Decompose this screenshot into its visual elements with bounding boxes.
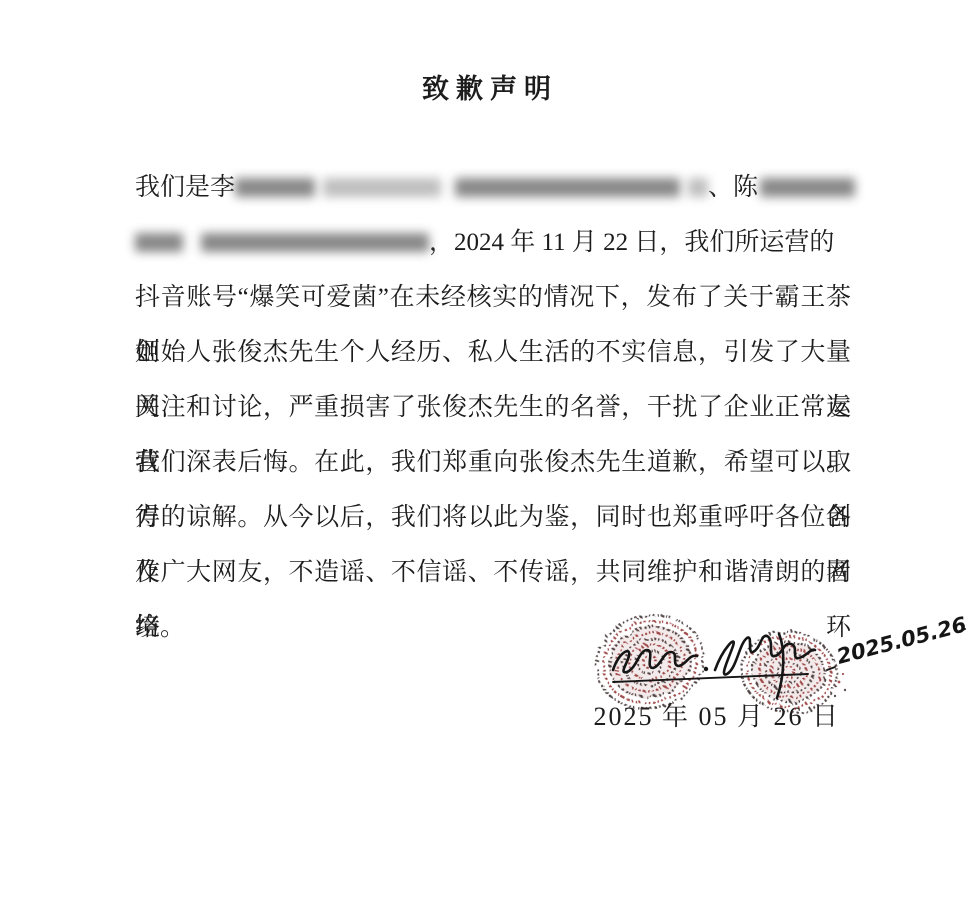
body-text: 、陈 bbox=[708, 174, 758, 201]
signature-dot bbox=[704, 667, 708, 671]
redacted-text bbox=[688, 178, 708, 197]
page-title: 致歉声明 bbox=[0, 0, 980, 107]
signature-area: 2025.05.26 bbox=[583, 604, 975, 720]
redacted-text bbox=[323, 178, 441, 197]
redacted-text bbox=[201, 233, 429, 252]
handwritten-date: 2025.05.26 bbox=[834, 612, 969, 669]
body-text: ，2024 年 11 月 22 日，我们所运营的 bbox=[429, 229, 834, 256]
body-text: 境。 bbox=[135, 614, 185, 641]
body-line: 我们深表后悔。在此，我们郑重向张俊杰先生道歉，希望可以取得各 bbox=[135, 435, 851, 490]
redacted-text bbox=[235, 178, 315, 197]
body-line: 创始人张俊杰先生个人经历、私人生活的不实信息，引发了大量网友 bbox=[135, 325, 851, 380]
body-line: 方的谅解。从今以后，我们将以此为鉴，同时也郑重呼吁各位创作者 bbox=[135, 490, 851, 545]
body-text: 我们是李 bbox=[135, 174, 235, 201]
body-line: ，2024 年 11 月 22 日，我们所运营的 bbox=[135, 215, 851, 270]
body-line: 抖音账号“爆笑可爱菌”在未经核实的情况下，发布了关于霸王茶姬 bbox=[135, 270, 851, 325]
redacted-text bbox=[455, 178, 680, 197]
signature-graphic: 2025.05.26 bbox=[583, 604, 975, 720]
redacted-text bbox=[135, 233, 183, 252]
statement-body: 我们是李、陈，2024 年 11 月 22 日，我们所运营的抖音账号“爆笑可爱菌… bbox=[135, 160, 851, 655]
body-line: 及广大网友，不造谣、不信谣、不传谣，共同维护和谐清朗的网络环 bbox=[135, 545, 851, 600]
apology-statement-document: 致歉声明 我们是李、陈，2024 年 11 月 22 日，我们所运营的抖音账号“… bbox=[0, 0, 980, 906]
redacted-text bbox=[760, 178, 855, 197]
body-line: 关注和讨论，严重损害了张俊杰先生的名誉，干扰了企业正常运营。 bbox=[135, 380, 851, 435]
fingerprint-stamp-icon bbox=[735, 624, 843, 719]
body-line: 我们是李、陈 bbox=[135, 160, 851, 215]
